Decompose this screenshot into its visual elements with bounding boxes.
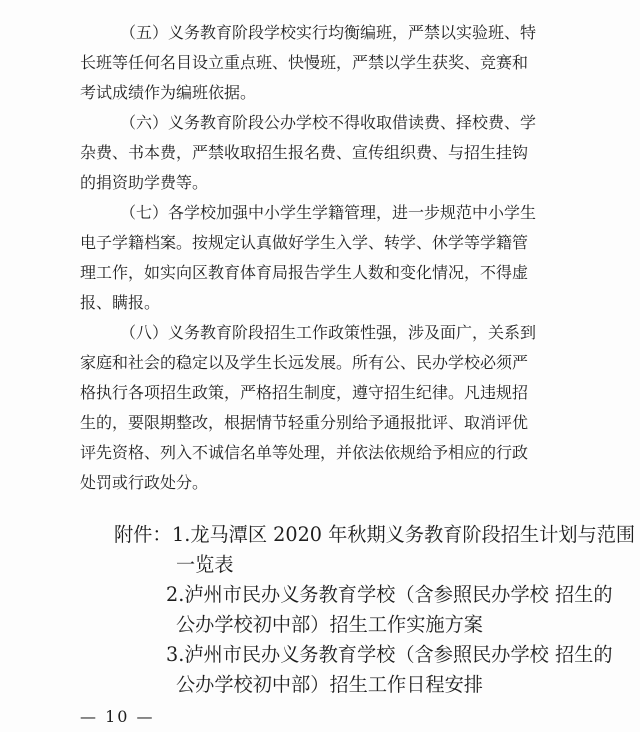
paragraph-line: 处罚或行政处分。 [80,468,560,498]
attachments-list: 附件：1.龙马潭区 2020 年秋期义务教育阶段招生计划与范围 一览表 2.泸州… [114,520,564,700]
attachment-title-continuation: 一览表 [114,550,564,580]
paragraph-6: （六）义务教育阶段公办学校不得收取借读费、择校费、学 杂费、书本费，严禁收取招生… [80,108,560,198]
paragraph-line: 家庭和社会的稳定以及学生长远发展。所有公、民办学校必须严 [80,348,560,378]
document-body: （五）义务教育阶段学校实行均衡编班，严禁以实验班、特 长班等任何名目设立重点班、… [80,18,560,498]
attachments-label: 附件： [114,520,172,550]
attachment-item-1: 附件：1.龙马潭区 2020 年秋期义务教育阶段招生计划与范围 [114,520,564,550]
attachment-number: 2. [166,583,184,606]
paragraph-5: （五）义务教育阶段学校实行均衡编班，严禁以实验班、特 长班等任何名目设立重点班、… [80,18,560,108]
attachment-title: 公办学校初中部）招生工作实施方案 [176,613,483,636]
paragraph-line: （七）各学校加强中小学生学籍管理，进一步规范中小学生 [80,198,560,228]
paragraph-line: 长班等任何名目设立重点班、快慢班，严禁以学生获奖、竞赛和 [80,48,560,78]
paragraph-line: 生的，要限期整改，根据情节轻重分别给予通报批评、取消评优 [80,408,560,438]
paragraph-line: 评先资格、列入不诚信名单等处理，并依法依规给予相应的行政 [80,438,560,468]
document-page: （五）义务教育阶段学校实行均衡编班，严禁以实验班、特 长班等任何名目设立重点班、… [0,0,640,732]
attachment-item-2: 2.泸州市民办义务教育学校（含参照民办学校 招生的 [114,580,564,610]
paragraph-line: 的捐资助学费等。 [80,168,560,198]
attachment-title-continuation: 公办学校初中部）招生工作实施方案 [114,610,564,640]
attachment-title: 一览表 [176,553,234,576]
paragraph-line: （八）义务教育阶段招生工作政策性强，涉及面广，关系到 [80,318,560,348]
attachment-title: 泸州市民办义务教育学校（含参照民办学校 招生的 [184,643,612,666]
attachment-title-continuation: 公办学校初中部）招生工作日程安排 [114,670,564,700]
attachment-item-3: 3.泸州市民办义务教育学校（含参照民办学校 招生的 [114,640,564,670]
paragraph-line: （六）义务教育阶段公办学校不得收取借读费、择校费、学 [80,108,560,138]
attachment-title: 公办学校初中部）招生工作日程安排 [176,673,483,696]
paragraph-line: （五）义务教育阶段学校实行均衡编班，严禁以实验班、特 [80,18,560,48]
paragraph-line: 杂费、书本费，严禁收取招生报名费、宣传组织费、与招生挂钩 [80,138,560,168]
paragraph-line: 电子学籍档案。按规定认真做好学生入学、转学、休学等学籍管 [80,228,560,258]
paragraph-line: 考试成绩作为编班依据。 [80,78,560,108]
attachment-title: 龙马潭区 2020 年秋期义务教育阶段招生计划与范围 [190,523,635,546]
attachment-title: 泸州市民办义务教育学校（含参照民办学校 招生的 [184,583,612,606]
attachment-number: 1. [172,523,190,546]
paragraph-line: 理工作，如实向区教育体育局报告学生人数和变化情况，不得虚 [80,258,560,288]
attachment-number: 3. [166,643,184,666]
page-number: — 10 — [80,706,155,728]
paragraph-8: （八）义务教育阶段招生工作政策性强，涉及面广，关系到 家庭和社会的稳定以及学生长… [80,318,560,498]
paragraph-line: 报、瞒报。 [80,288,560,318]
paragraph-7: （七）各学校加强中小学生学籍管理，进一步规范中小学生 电子学籍档案。按规定认真做… [80,198,560,318]
paragraph-line: 格执行各项招生政策，严格招生制度，遵守招生纪律。凡违规招 [80,378,560,408]
